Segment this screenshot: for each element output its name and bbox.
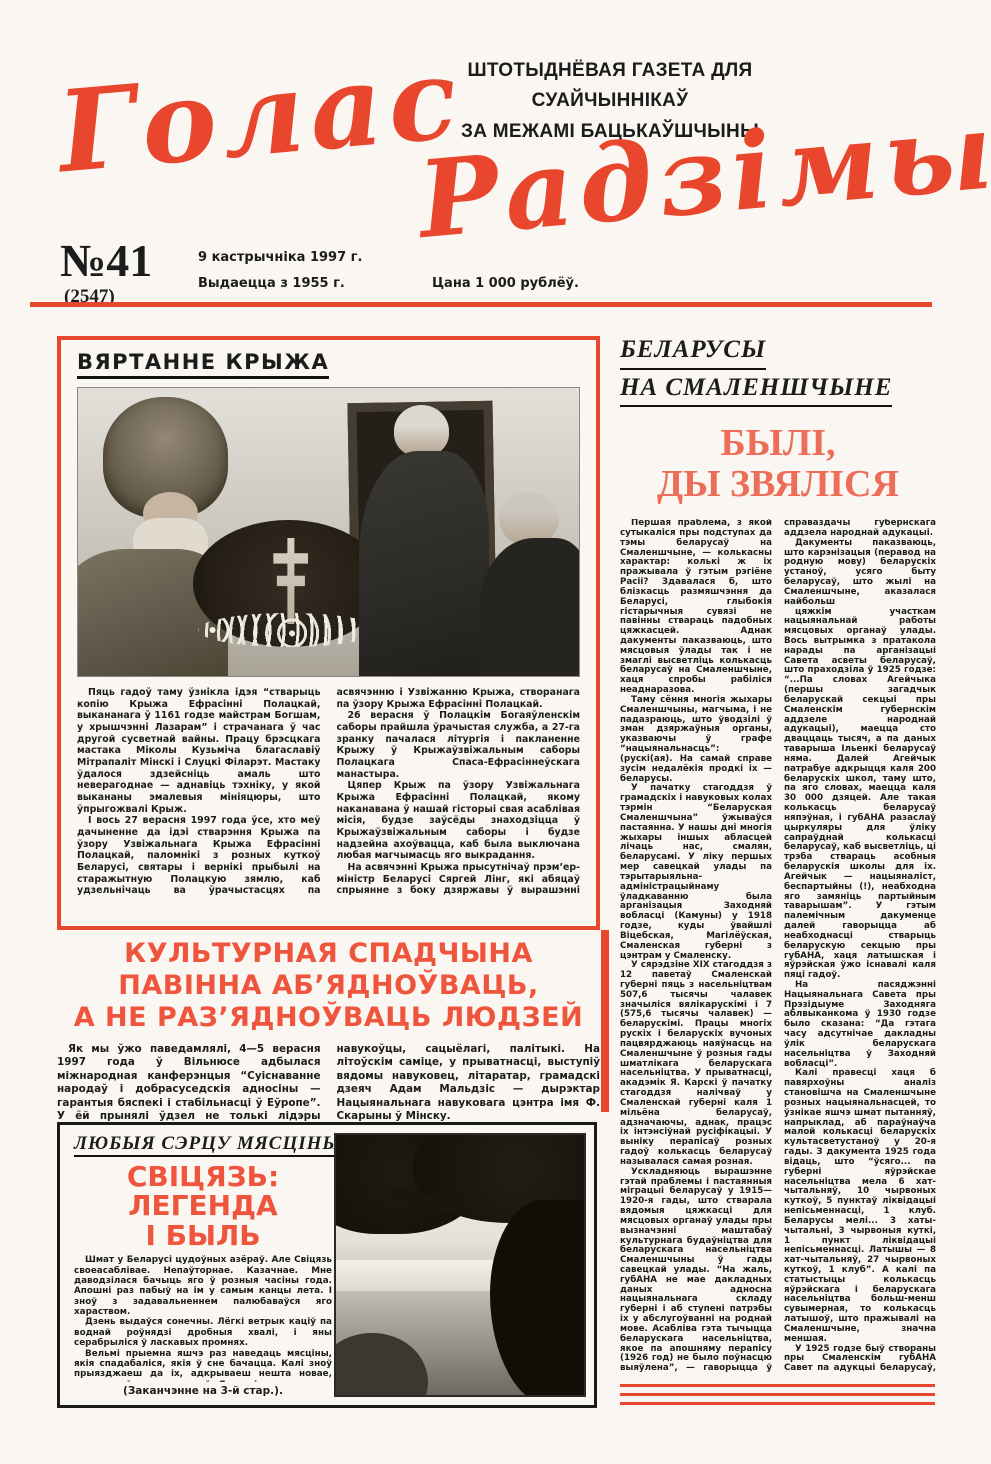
paragraph: У сярэдзіне XIX стагоддзя з 12 паветаў С… bbox=[620, 961, 772, 1167]
red-rule bbox=[620, 1384, 935, 1387]
newspaper-page: ШТОТЫДНЁВАЯ ГАЗЕТА ДЛЯ СУАЙЧЫННІКАЎ ЗА М… bbox=[0, 0, 991, 1464]
svitiaz-kicker: ЛЮБЫЯ СЭРЦУ МЯСЦІНЫ bbox=[74, 1133, 342, 1157]
photo-wreath-flowers bbox=[198, 613, 378, 648]
paragraph: Пяць гадоў таму ўзнікла ідэя “стварыць к… bbox=[77, 687, 321, 815]
svitiaz-continuation-note: (Заканчэнне на 3-й стар.). bbox=[74, 1385, 332, 1397]
paragraph: На пасяджэнні Нацыянальнага Савета пры П… bbox=[784, 981, 936, 1069]
svitiaz-headline: СВІЦЯЗЬ: ЛЕГЕНДА І БЫЛЬ bbox=[74, 1162, 332, 1250]
smolensk-headline: БЫЛІ, ДЫ ЗВЯЛІСЯ bbox=[620, 423, 936, 505]
heritage-headline-line-1: КУЛЬТУРНАЯ СПАДЧЫНА bbox=[57, 938, 600, 970]
published-since: Выдаецца з 1955 г. bbox=[198, 276, 345, 291]
smolensk-body: Першая праблема, з якой сутыкаліся пры п… bbox=[620, 519, 936, 1375]
paragraph: Вельмі прыемна яшчэ раз наведаць мясціны… bbox=[74, 1349, 332, 1382]
smolensk-article: БЕЛАРУСЫ НА СМАЛЕНШЧЫНЕ БЫЛІ, ДЫ ЗВЯЛІСЯ… bbox=[620, 332, 936, 1375]
paragraph: У пачатку стагоддзя ў грамадскіх і навук… bbox=[620, 784, 772, 961]
smolensk-headline-line-2: ДЫ ЗВЯЛІСЯ bbox=[620, 464, 936, 505]
smolensk-kicker: БЕЛАРУСЫ НА СМАЛЕНШЧЫНЕ bbox=[620, 332, 936, 407]
issue-number: №41 bbox=[60, 234, 152, 287]
paragraph: Таму сёння многія жыхары Смаленшчыны, ма… bbox=[620, 696, 772, 784]
cross-article-box: ВЯРТАННЕ КРЫЖА Пяць гадоў таму ўзнікла і… bbox=[57, 336, 600, 930]
issue-date: 9 кастрычніка 1997 г. bbox=[198, 250, 362, 265]
heritage-headline-line-3: А НЕ РАЗ’ЯДНОЎВАЦЬ ЛЮДЗЕЙ bbox=[57, 1002, 600, 1034]
paragraph: цяжкім участкам нацыянальнай работы мясц… bbox=[784, 608, 936, 981]
red-column-divider bbox=[601, 930, 609, 1112]
paragraph: Дакументы паказваюць, што карэнізацыя (п… bbox=[784, 539, 936, 608]
ceremony-photo bbox=[77, 387, 580, 677]
paragraph: Шмат у Беларусі цудоўных азёраў. Але Сві… bbox=[74, 1255, 332, 1317]
red-rule bbox=[620, 1393, 935, 1396]
end-of-article-rules bbox=[620, 1384, 935, 1411]
photo-tree-trunk-right bbox=[490, 1200, 586, 1397]
issue-price: Цана 1 000 рублёў. bbox=[432, 276, 579, 291]
paragraph: 26 верасня ў Полацкім Богаяўленскім сабо… bbox=[337, 710, 581, 780]
masthead-rule bbox=[30, 302, 932, 307]
lake-photo bbox=[334, 1133, 586, 1397]
paragraph: Калі правесці хаця б павярхоўны аналіз с… bbox=[784, 1069, 936, 1344]
svitiaz-headline-line-2: ЛЕГЕНДА bbox=[74, 1191, 332, 1220]
svitiaz-headline-line-1: СВІЦЯЗЬ: bbox=[74, 1162, 332, 1191]
paragraph: Дзень выдаўся сонечны. Лёгкі ветрык каці… bbox=[74, 1317, 332, 1348]
smolensk-kicker-line-1: БЕЛАРУСЫ bbox=[620, 332, 766, 370]
svitiaz-text-column: ЛЮБЫЯ СЭРЦУ МЯСЦІНЫ СВІЦЯЗЬ: ЛЕГЕНДА І Б… bbox=[74, 1133, 332, 1397]
heritage-headline-line-2: ПАВІННА АБ’ЯДНОЎВАЦЬ, bbox=[57, 970, 600, 1002]
svitiaz-headline-line-3: І БЫЛЬ bbox=[74, 1221, 332, 1250]
photo-official-suit bbox=[359, 451, 489, 677]
smolensk-column-2: цяжкім участкам нацыянальнай работы мясц… bbox=[784, 519, 936, 1375]
cross-article-caption: Пяць гадоў таму ўзнікла ідэя “стварыць к… bbox=[77, 687, 580, 909]
photo-foreground-shadow bbox=[334, 1333, 428, 1397]
photo-official-head bbox=[394, 405, 449, 457]
heritage-headline: КУЛЬТУРНАЯ СПАДЧЫНА ПАВІННА АБ’ЯДНОЎВАЦЬ… bbox=[57, 938, 600, 1034]
newspaper-logo-word-1: Голас bbox=[53, 33, 468, 199]
paragraph: Першая праблема, з якой сутыкаліся пры п… bbox=[620, 519, 772, 696]
red-rule bbox=[620, 1402, 935, 1405]
smolensk-kicker-line-2: НА СМАЛЕНШЧЫНЕ bbox=[620, 370, 892, 408]
cross-article-kicker: ВЯРТАННЕ КРЫЖА bbox=[77, 350, 329, 379]
smolensk-headline-line-1: БЫЛІ, bbox=[620, 423, 936, 464]
photo-second-official-suit bbox=[479, 538, 580, 677]
svitiaz-body: Шмат у Беларусі цудоўных азёраў. Але Сві… bbox=[74, 1255, 332, 1382]
svitiaz-article-box: ЛЮБЫЯ СЭРЦУ МЯСЦІНЫ СВІЦЯЗЬ: ЛЕГЕНДА І Б… bbox=[57, 1122, 597, 1408]
paragraph: Цяпер Крыж па ўзору Узвіжальнага Крыжа Е… bbox=[337, 780, 581, 862]
heritage-article: КУЛЬТУРНАЯ СПАДЧЫНА ПАВІННА АБ’ЯДНОЎВАЦЬ… bbox=[57, 938, 600, 1137]
